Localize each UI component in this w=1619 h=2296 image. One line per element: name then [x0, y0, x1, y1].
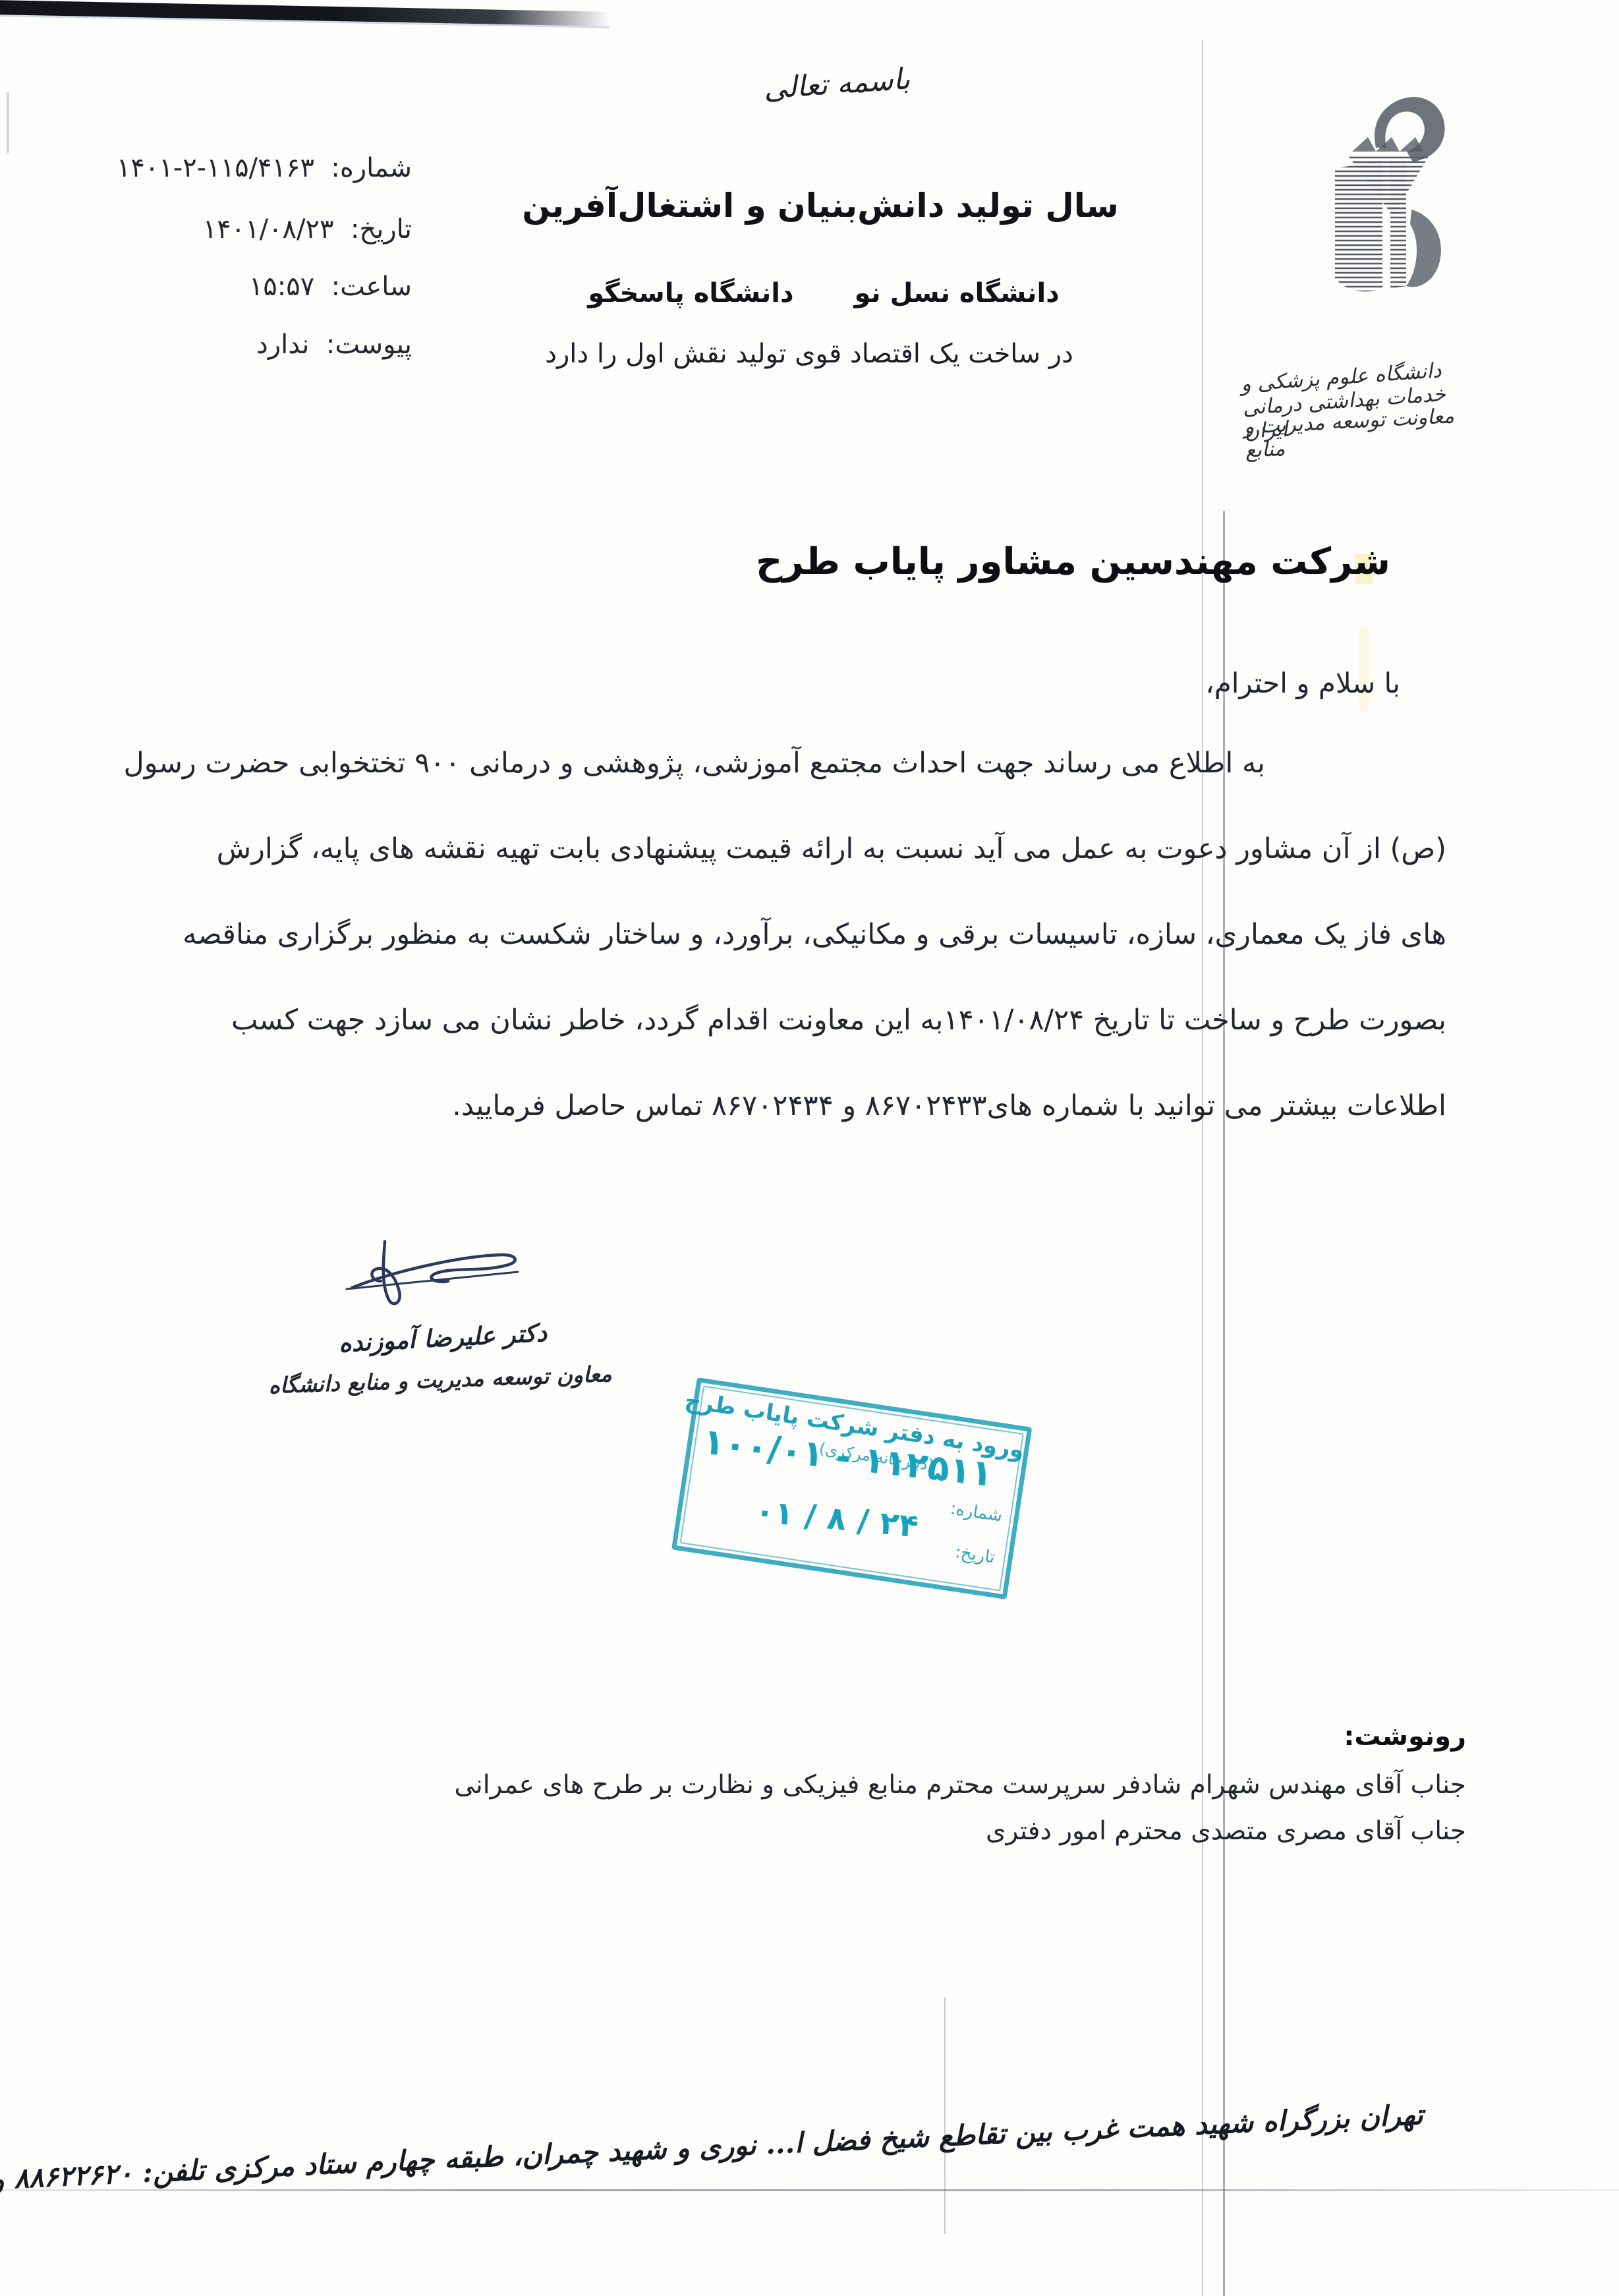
scan-edge-artifact-top [0, 0, 610, 26]
cc-recipient: جناب آقای مصری متصدی محترم امور دفتری [986, 1816, 1466, 1846]
scan-vertical-line-artifact [944, 1997, 946, 2234]
scan-horizontal-line-artifact [0, 2189, 1619, 2191]
letter-time-label: ساعت: [331, 272, 412, 302]
body-line: به اطلاع می رساند جهت احداث مجتمع آموزشی… [123, 743, 1265, 784]
body-line: بصورت طرح و ساخت تا تاریخ ۱۴۰۱/۰۸/۲۴به ا… [231, 1000, 1446, 1041]
received-stamp: ورود به دفتر شرکت پایاب طرح (دبیرخانه مر… [671, 1377, 1032, 1599]
letter-date-label: تاریخ: [351, 214, 412, 244]
letter-time-value: ۱۵:۵۷ [249, 272, 314, 302]
cc-recipient: جناب آقای مهندس شهرام شادفر سرپرست محترم… [454, 1770, 1466, 1800]
motto-accountable-university: دانشگاه پاسخگو [588, 278, 793, 308]
university-motto-line: دانشگاه نسل نودانشگاه پاسخگو [588, 278, 1060, 308]
recipient-company-name: شرکت مهندسین مشاور پایاب طرح [756, 540, 1390, 583]
cc-label: رونوشت: [1344, 1721, 1466, 1752]
scanned-letter-page: { "colors": { "ink": "#23262e", "stamp_t… [0, 0, 1619, 2296]
economy-tagline: در ساخت یک اقتصاد قوی تولید نقش اول را د… [545, 339, 1073, 369]
letter-date-value: ۱۴۰۱/۰۸/۲۳ [203, 214, 334, 244]
signer-title-calligraphy: معاون توسعه مدیریت و منابع دانشگاه [268, 1361, 612, 1398]
university-emblem-logo [1313, 91, 1452, 336]
body-line: (ص) از آن مشاور دعوت به عمل می آید نسبت … [217, 828, 1446, 869]
body-line: اطلاعات بیشتر می توانید با شماره های۸۶۷۰… [452, 1085, 1446, 1126]
salutation: با سلام و احترام، [1205, 667, 1400, 699]
letter-number-label: شماره: [331, 153, 412, 183]
letter-attachment-row: پیوست: ندارد [256, 330, 412, 360]
letter-number-row: شماره: ۱۴۰۱-۲-۱۱۵/۴۱۶۳ [117, 153, 412, 183]
scan-edge-mark [7, 92, 9, 153]
motto-new-generation-university: دانشگاه نسل نو [855, 278, 1060, 308]
letter-attachment-label: پیوست: [326, 330, 412, 360]
letter-time-row: ساعت: ۱۵:۵۷ [249, 272, 412, 302]
letter-attachment-value: ندارد [256, 330, 309, 360]
signer-name-calligraphy: دکتر علیرضا آموزنده [338, 1318, 548, 1358]
scan-vertical-line-artifact [1202, 40, 1203, 2296]
handwritten-signature [343, 1218, 534, 1307]
body-line: های فاز یک معماری، سازه، تاسیسات برقی و … [183, 914, 1446, 955]
basmala-calligraphy: باسمه تعالی [762, 62, 911, 105]
footer-address-calligraphy: تهران بزرگراه شهید همت غرب بین تقاطع شیخ… [0, 2098, 1424, 2201]
letter-date-row: تاریخ: ۱۴۰۱/۰۸/۲۳ [203, 214, 412, 244]
letter-number-value: ۱۴۰۱-۲-۱۱۵/۴۱۶۳ [117, 153, 314, 183]
year-slogan: سال تولید دانش‌بنیان و اشتغال‌آفرین [522, 187, 1118, 225]
